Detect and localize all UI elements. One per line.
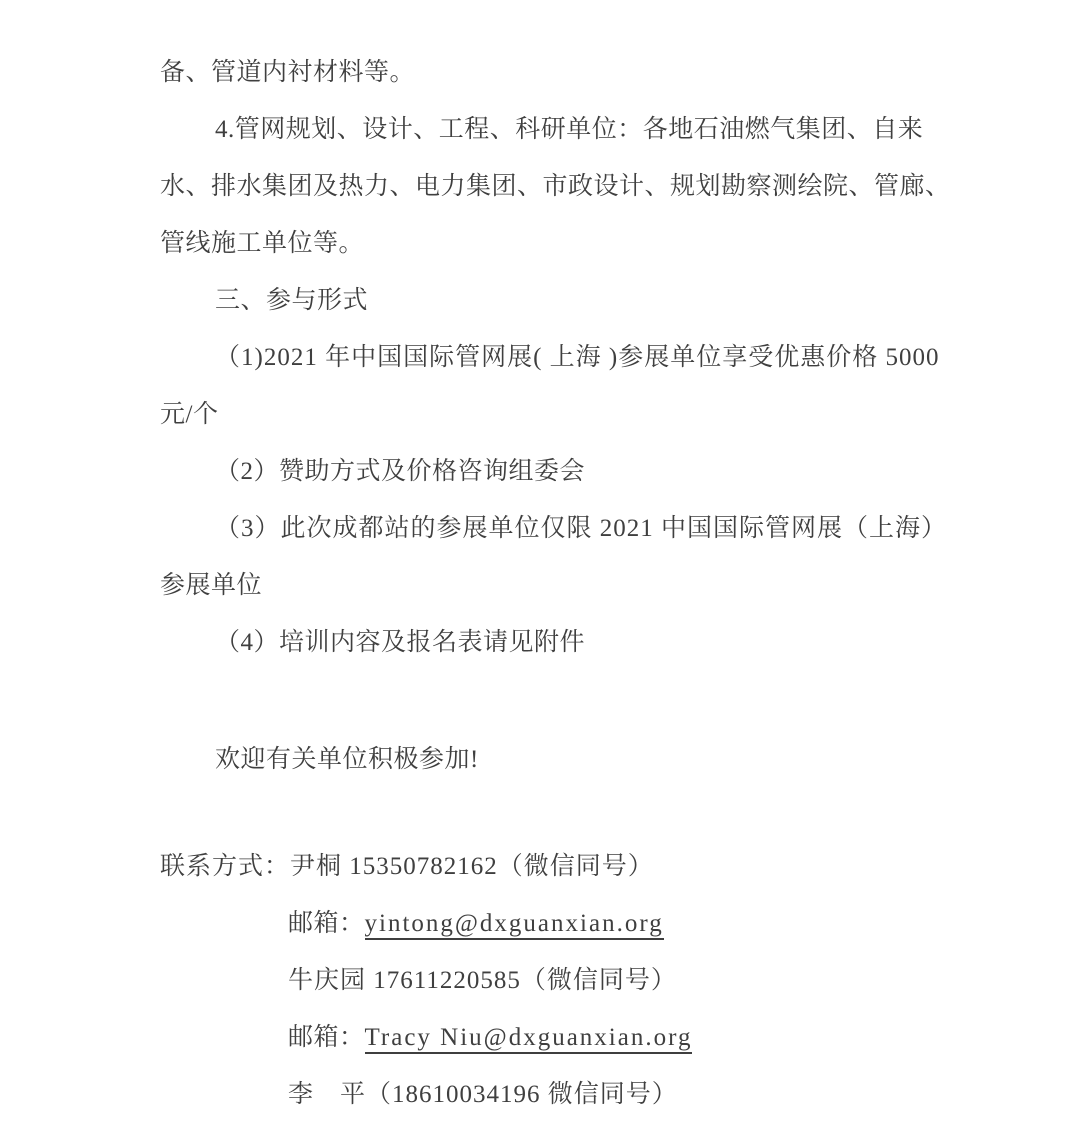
- contact-block: 联系方式：尹桐 15350782162（微信同号） 邮箱：yintong@dxg…: [160, 838, 940, 1123]
- welcome-message: 欢迎有关单位积极参加!: [160, 731, 940, 788]
- email-label-2: 邮箱：: [288, 1024, 365, 1051]
- section-heading-participation-format: 三、参与形式: [160, 272, 940, 329]
- contact-email-row-2: 邮箱：Tracy Niu@dxguanxian.org: [160, 1009, 940, 1066]
- document-page: 备、管道内衬材料等。 4.管网规划、设计、工程、科研单位：各地石油燃气集团、自来…: [0, 0, 1080, 1144]
- line-item4-organizations: 4.管网规划、设计、工程、科研单位：各地石油燃气集团、自来: [160, 101, 940, 158]
- contact-email-row-1: 邮箱：yintong@dxguanxian.org: [160, 895, 940, 952]
- line-materials-continued: 备、管道内衬材料等。: [160, 44, 940, 101]
- email-label-1: 邮箱：: [288, 910, 365, 937]
- line-option3-continued: 参展单位: [160, 557, 940, 614]
- contact-header: 联系方式：尹桐 15350782162（微信同号）: [160, 838, 940, 895]
- line-item4-continued: 水、排水集团及热力、电力集团、市政设计、规划勘察测绘院、管廊、: [160, 158, 940, 215]
- contact-person-3: 李 平（18610034196 微信同号）: [160, 1066, 940, 1123]
- line-option2-sponsorship: （2）赞助方式及价格咨询组委会: [160, 443, 940, 500]
- line-option3-restriction: （3）此次成都站的参展单位仅限 2021 中国国际管网展（上海）: [160, 500, 940, 557]
- line-option4-attachment: （4）培训内容及报名表请见附件: [160, 614, 940, 671]
- line-option1-price: （1)2021 年中国国际管网展( 上海 )参展单位享受优惠价格 5000: [160, 329, 940, 386]
- email-link-2[interactable]: Tracy Niu@dxguanxian.org: [365, 1024, 693, 1054]
- email-link-1[interactable]: yintong@dxguanxian.org: [365, 910, 664, 940]
- line-item4-end: 管线施工单位等。: [160, 215, 940, 272]
- line-option1-unit: 元/个: [160, 386, 940, 443]
- contact-person-2: 牛庆园 17611220585（微信同号）: [160, 952, 940, 1009]
